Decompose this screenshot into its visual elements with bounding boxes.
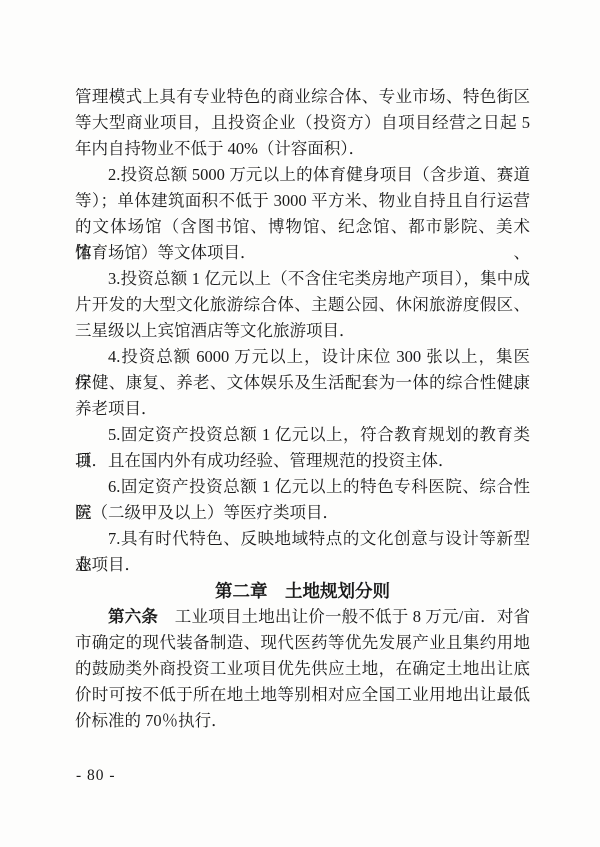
text-line: 三星级以上宾馆酒店等文化旅游项目．	[75, 318, 530, 344]
document-body: 管理模式上具有专业特色的商业综合体、专业市场、特色街区等大型商业项目，且投资企业…	[75, 84, 530, 734]
text-line: 态项目．	[75, 552, 530, 578]
text-line: 6.固定资产投资总额 1 亿元以上的特色专科医院、综合性医	[75, 474, 530, 500]
text-line: 7.具有时代特色、反映地域特点的文化创意与设计等新型业	[75, 526, 530, 552]
document-page: 管理模式上具有专业特色的商业综合体、专业市场、特色街区等大型商业项目，且投资企业…	[0, 0, 600, 847]
text-line: 等大型商业项目，且投资企业（投资方）自项目经营之日起 5	[75, 110, 530, 136]
text-line: 市确定的现代装备制造、现代医药等优先发展产业且集约用地	[75, 630, 530, 656]
text-line: 价时可按不低于所在地土地等别相对应全国工业用地出让最低	[75, 682, 530, 708]
text-line: 保健、康复、养老、文体娱乐及生活配套为一体的综合性健康	[75, 370, 530, 396]
text-line: 3.投资总额 1 亿元以上（不含住宅类房地产项目），集中成	[75, 266, 530, 292]
page-number: - 80 -	[76, 767, 116, 785]
text-line: 4.投资总额 6000 万元以上，设计床位 300 张以上，集医疗、	[75, 344, 530, 370]
text-line: 5.固定资产投资总额 1 亿元以上，符合教育规划的教育类项	[75, 422, 530, 448]
text-line: 的文体场馆（含图书馆、博物馆、纪念馆、都市影院、美术馆、	[75, 214, 530, 240]
article-number: 第六条	[108, 607, 158, 626]
text-line: 价标准的 70％执行．	[75, 708, 530, 734]
text-line: 的鼓励类外商投资工业项目优先供应土地，在确定土地出让底	[75, 656, 530, 682]
text-line: 管理模式上具有专业特色的商业综合体、专业市场、特色街区	[75, 84, 530, 110]
text-line: 养老项目．	[75, 396, 530, 422]
text-line: 片开发的大型文化旅游综合体、主题公园、休闲旅游度假区、	[75, 292, 530, 318]
text-line: 年内自持物业不低于 40%（计容面积）．	[75, 136, 530, 162]
text-line: 院（二级甲及以上）等医疗类项目．	[75, 500, 530, 526]
text-line: 等）；单体建筑面积不低于 3000 平方米、物业自持且自行运营	[75, 188, 530, 214]
text-line: 第六条 工业项目土地出让价一般不低于 8 万元/亩．对省	[75, 604, 530, 630]
text-line: 2.投资总额 5000 万元以上的体育健身项目（含步道、赛道	[75, 162, 530, 188]
text-line: 目．且在国内外有成功经验、管理规范的投资主体．	[75, 448, 530, 474]
chapter-heading: 第二章 土地规划分则	[75, 578, 530, 604]
